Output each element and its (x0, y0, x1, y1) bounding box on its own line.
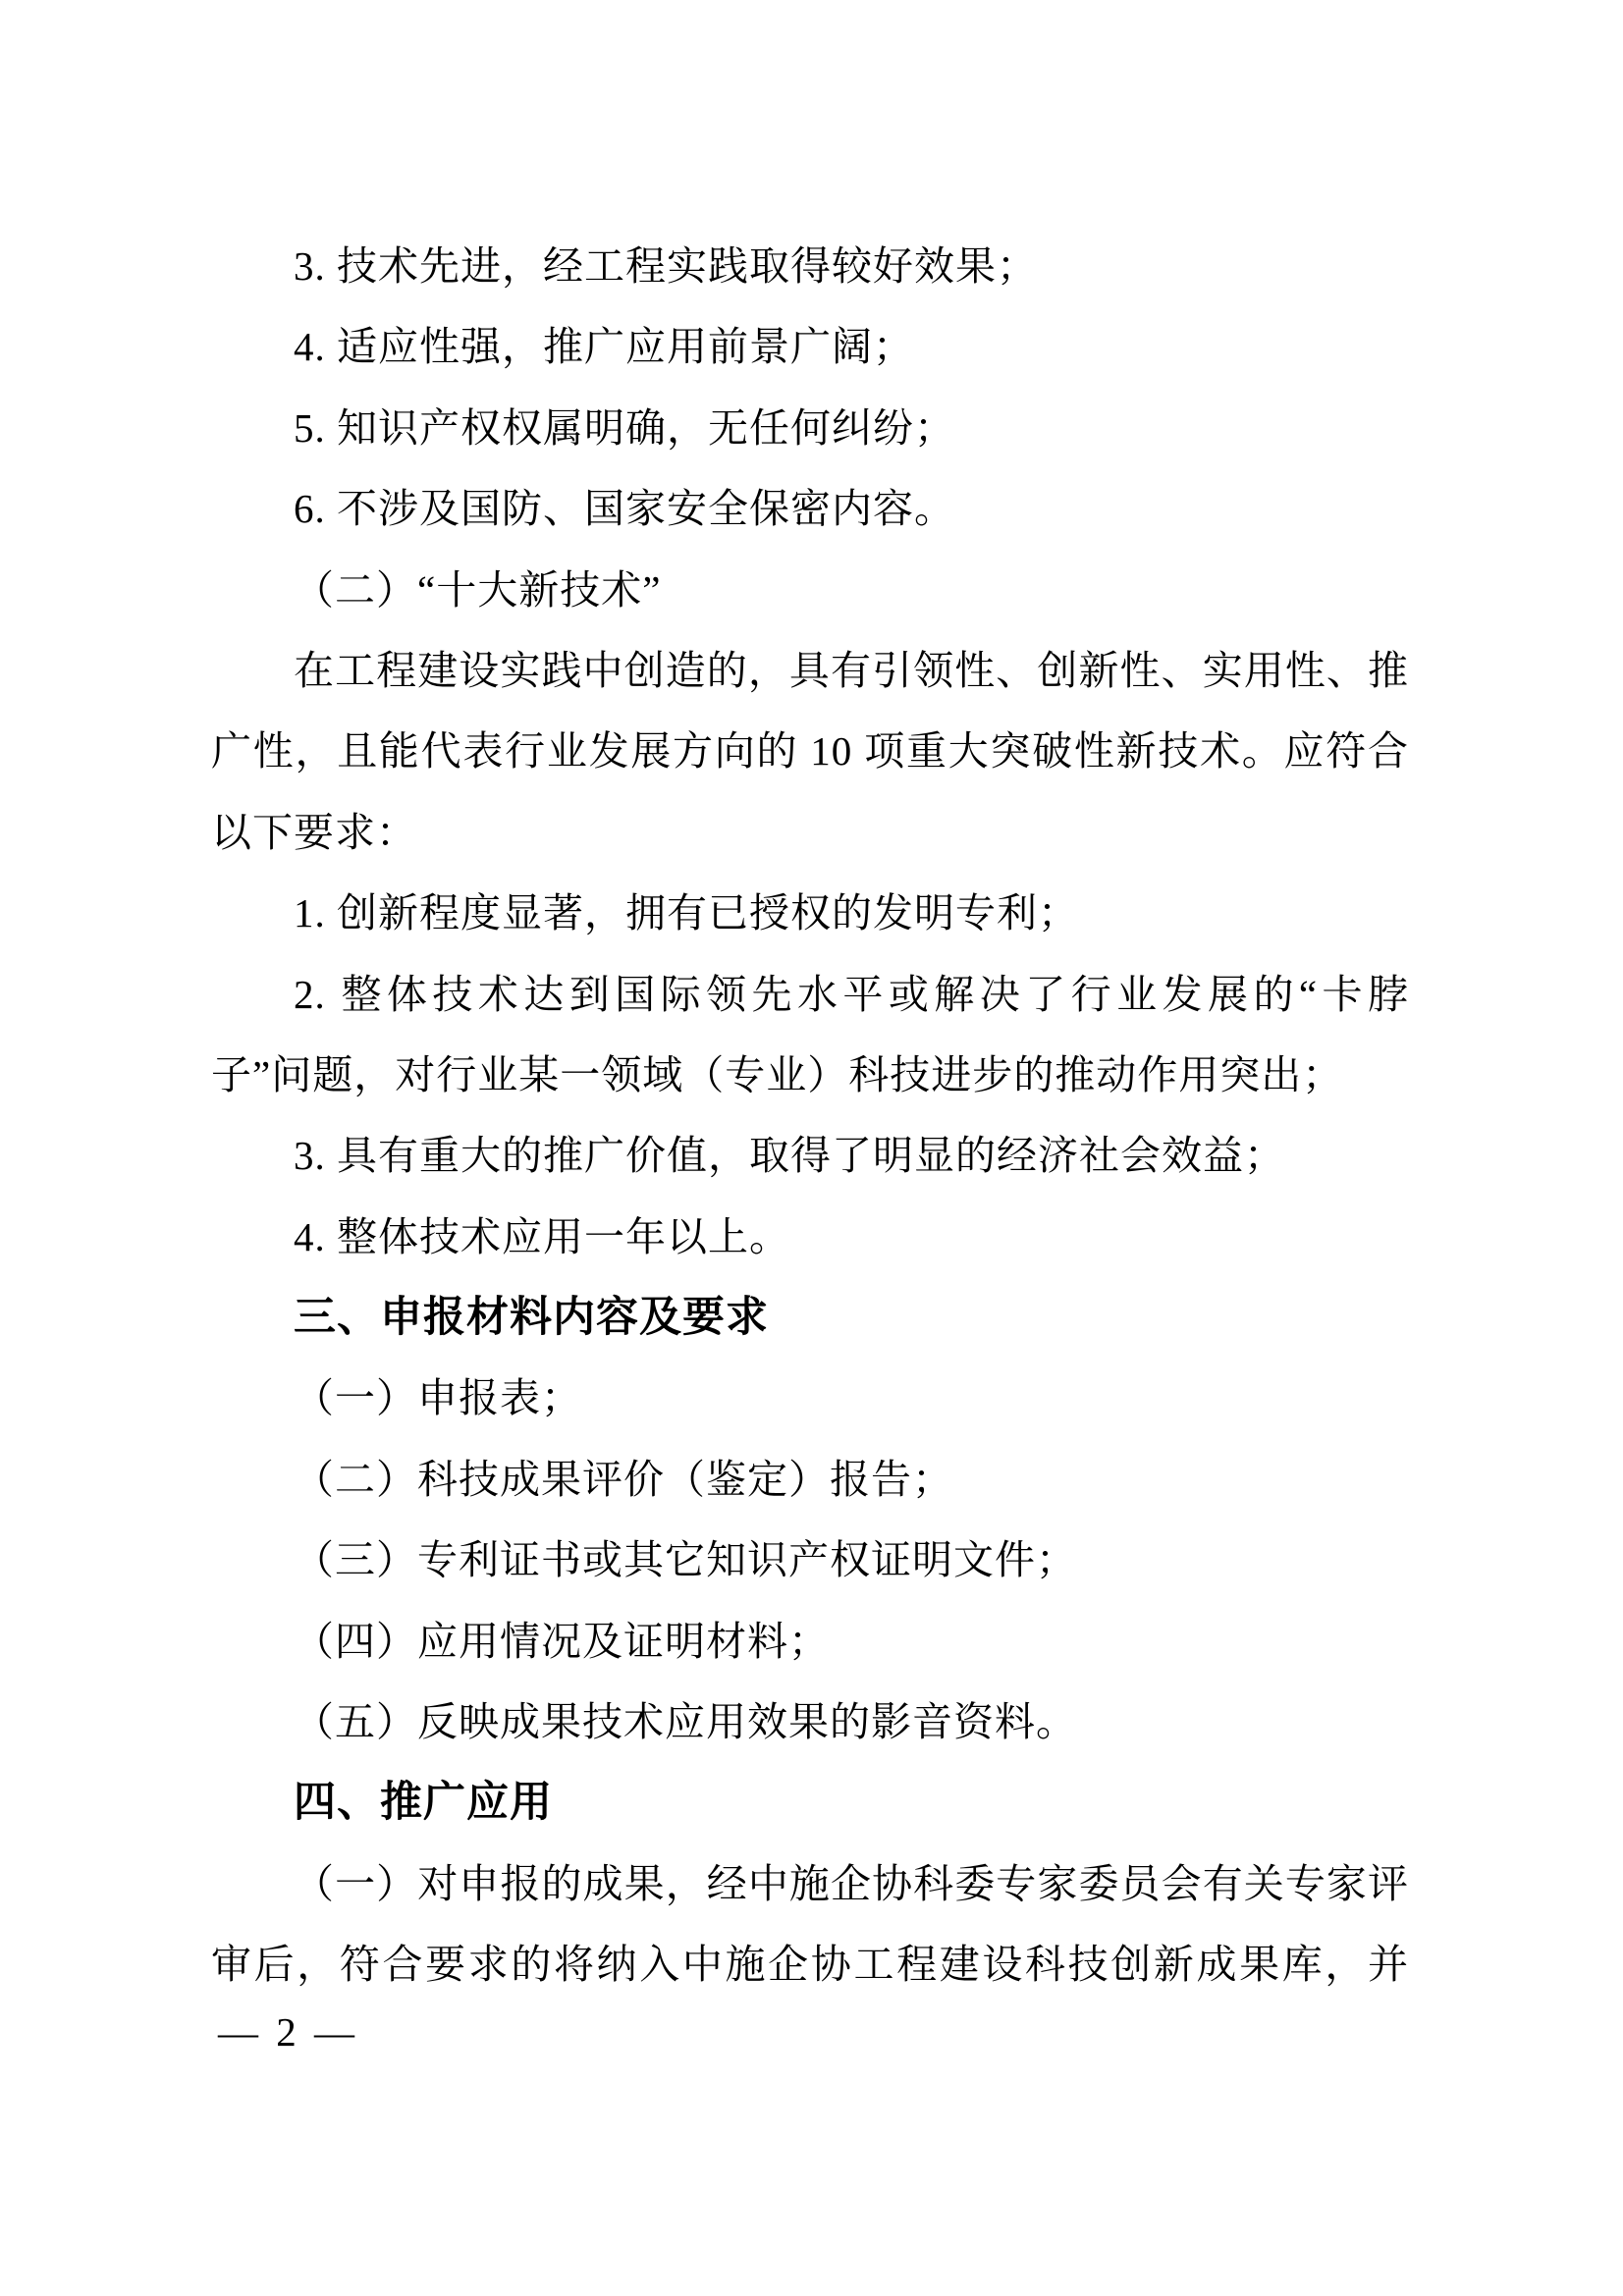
list-item-innovation-patent: 1. 创新程度显著，拥有已授权的发明专利； (211, 873, 1409, 953)
list-item-tech-advanced: 3. 技术先进，经工程实践取得较好效果； (211, 226, 1409, 306)
list-item-adaptability: 4. 适应性强，推广应用前景广阔； (211, 306, 1409, 387)
list-item-tech-level-line-2: 子”问题，对行业某一领域（专业）科技进步的推动作用突出； (211, 1035, 1409, 1115)
list-item-promotion-value: 3. 具有重大的推广价值，取得了明显的经济社会效益； (211, 1115, 1409, 1196)
paragraph-intro-line-3: 以下要求： (211, 792, 1409, 873)
subheading-ten-new-technologies: （二）“十大新技术” (211, 550, 1409, 630)
list-item-security-content: 6. 不涉及国防、国家安全保密内容。 (211, 468, 1409, 549)
paragraph-review-line-2: 审后，符合要求的将纳入中施企协工程建设科技创新成果库，并 (211, 1924, 1409, 2004)
document-page: 3. 技术先进，经工程实践取得较好效果； 4. 适应性强，推广应用前景广阔； 5… (0, 0, 1623, 2296)
document-body: 3. 技术先进，经工程实践取得较好效果； 4. 适应性强，推广应用前景广阔； 5… (211, 226, 1409, 2005)
list-item-application-form: （一）申报表； (211, 1358, 1409, 1438)
list-item-application-proof: （四）应用情况及证明材料； (211, 1601, 1409, 1682)
list-item-tech-level-line-1: 2. 整体技术达到国际领先水平或解决了行业发展的“卡脖 (211, 954, 1409, 1035)
list-item-application-duration: 4. 整体技术应用一年以上。 (211, 1197, 1409, 1277)
section-heading-promotion: 四、推广应用 (211, 1762, 1409, 1842)
list-item-evaluation-report: （二）科技成果评价（鉴定）报告； (211, 1439, 1409, 1520)
list-item-ip-ownership: 5. 知识产权权属明确，无任何纠纷； (211, 388, 1409, 468)
list-item-media-materials: （五）反映成果技术应用效果的影音资料。 (211, 1682, 1409, 1762)
list-item-patent-certificates: （三）专利证书或其它知识产权证明文件； (211, 1520, 1409, 1600)
paragraph-intro-line-2: 广性，且能代表行业发展方向的 10 项重大突破性新技术。应符合 (211, 711, 1409, 791)
page-number: — 2 — (218, 2002, 358, 2061)
section-heading-materials: 三、申报材料内容及要求 (211, 1277, 1409, 1358)
paragraph-intro-line-1: 在工程建设实践中创造的，具有引领性、创新性、实用性、推 (211, 630, 1409, 711)
paragraph-review-line-1: （一）对申报的成果，经中施企协科委专家委员会有关专家评 (211, 1843, 1409, 1924)
